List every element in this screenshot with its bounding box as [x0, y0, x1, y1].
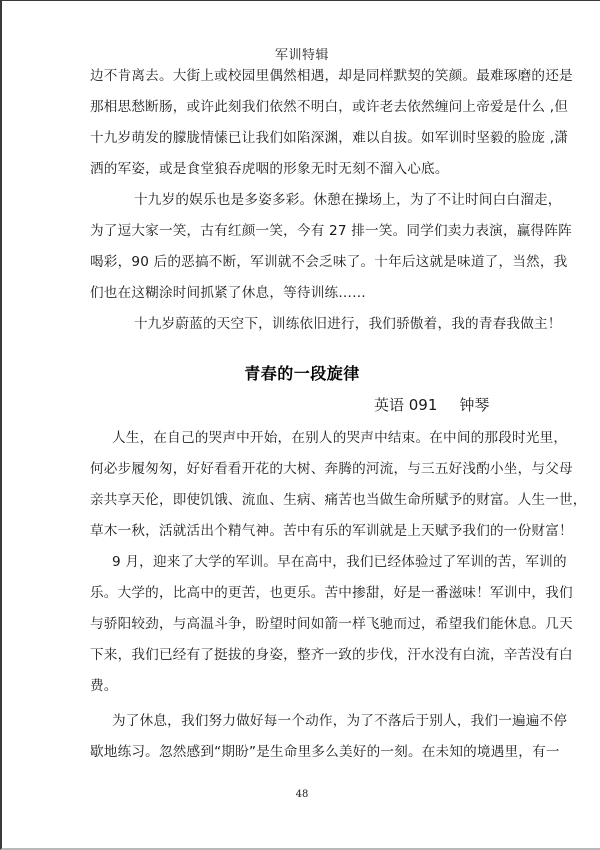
document-page: 军训特辑 边不肯离去。大街上或校园里偶然相遇，却是同样默契的笑颜。最难琢磨的还是…: [0, 0, 600, 850]
paragraph-start-line: 为了休息，我们努力做好每一个动作，为了不落后于别人，我们一遍遍不停: [90, 706, 516, 737]
section-2-text: 人生，在自己的哭声中开始，在别人的哭声中结束。在中间的那段时光里， 何必步履匆匆…: [90, 423, 516, 768]
text-line: 下来，我们已经有了挺拔的身姿，整齐一致的步伐，汗水没有白流，辛苦没有白: [90, 640, 516, 671]
byline-author: 钟琴: [459, 396, 489, 414]
text-line: 们也在这糊涂时间抓紧了休息，等待训练……: [90, 278, 516, 309]
text-line: 洒的军姿，或是食堂狼吞虎咽的形象无时无刻不溜入心底。: [90, 154, 516, 185]
paragraph-start-line: 十九岁的娱乐也是多姿多彩。休憩在操场上，为了不让时间白白溜走，: [90, 185, 516, 216]
byline-class: 英语 091: [374, 396, 437, 414]
paragraph-start-line: 十九岁蔚蓝的天空下，训练依旧进行，我们骄傲着，我的青春我做主！: [90, 309, 516, 340]
page-number: 48: [2, 789, 600, 800]
text-line: 喝彩，90 后的恶搞不断，军训就不会乏味了。十年后这就是味道了，当然，我: [90, 247, 516, 278]
article-title: 青春的一段旋律: [2, 361, 600, 384]
paragraph-start-line: 人生，在自己的哭声中开始，在别人的哭声中结束。在中间的那段时光里，: [90, 423, 516, 454]
text-line: 亲共享天伦，即使饥饿、流血、生病、痛苦也当做生命所赋予的财富。人生一世，: [90, 485, 516, 516]
text-line: 边不肯离去。大街上或校园里偶然相遇，却是同样默契的笑颜。最难琢磨的还是: [90, 61, 516, 92]
text-line: 何必步履匆匆，好好看看开花的大树、奔腾的河流，与三五好浅酌小坐，与父母: [90, 454, 516, 485]
paragraph-start-line: 9 月，迎来了大学的军训。早在高中，我们已经体验过了军训的苦，军训的: [90, 547, 516, 578]
text-line: 歇地练习。忽然感到“期盼”是生命里多么美好的一刻。在未知的境遇里，有一: [90, 737, 516, 768]
text-line: 费。: [90, 671, 516, 702]
text-line: 十九岁萌发的朦胧情愫已让我们如陷深渊，难以自拔。如军训时坚毅的脸庞 ,潇: [90, 123, 516, 154]
text-line: 乐。大学的，比高中的更苦，也更乐。苦中掺甜，好是一番滋味！军训中，我们: [90, 578, 516, 609]
text-line: 为了逗大家一笑，古有红颜一笑，今有 27 排一笑。同学们卖力表演，赢得阵阵: [90, 216, 516, 247]
text-line: 那相思愁断肠，或许此刻我们依然不明白，或许老去依然缠问上帝爱是什么 ,但: [90, 92, 516, 123]
byline: 英语 091钟琴: [374, 394, 489, 415]
section-1-text: 边不肯离去。大街上或校园里偶然相遇，却是同样默契的笑颜。最难琢磨的还是 那相思愁…: [90, 61, 516, 340]
text-line: 与骄阳较劲，与高温斗争，盼望时间如箭一样飞驰而过，希望我们能休息。几天: [90, 609, 516, 640]
text-line: 草木一秋，活就活出个精气神。苦中有乐的军训就是上天赋予我们的一份财富！: [90, 516, 516, 547]
